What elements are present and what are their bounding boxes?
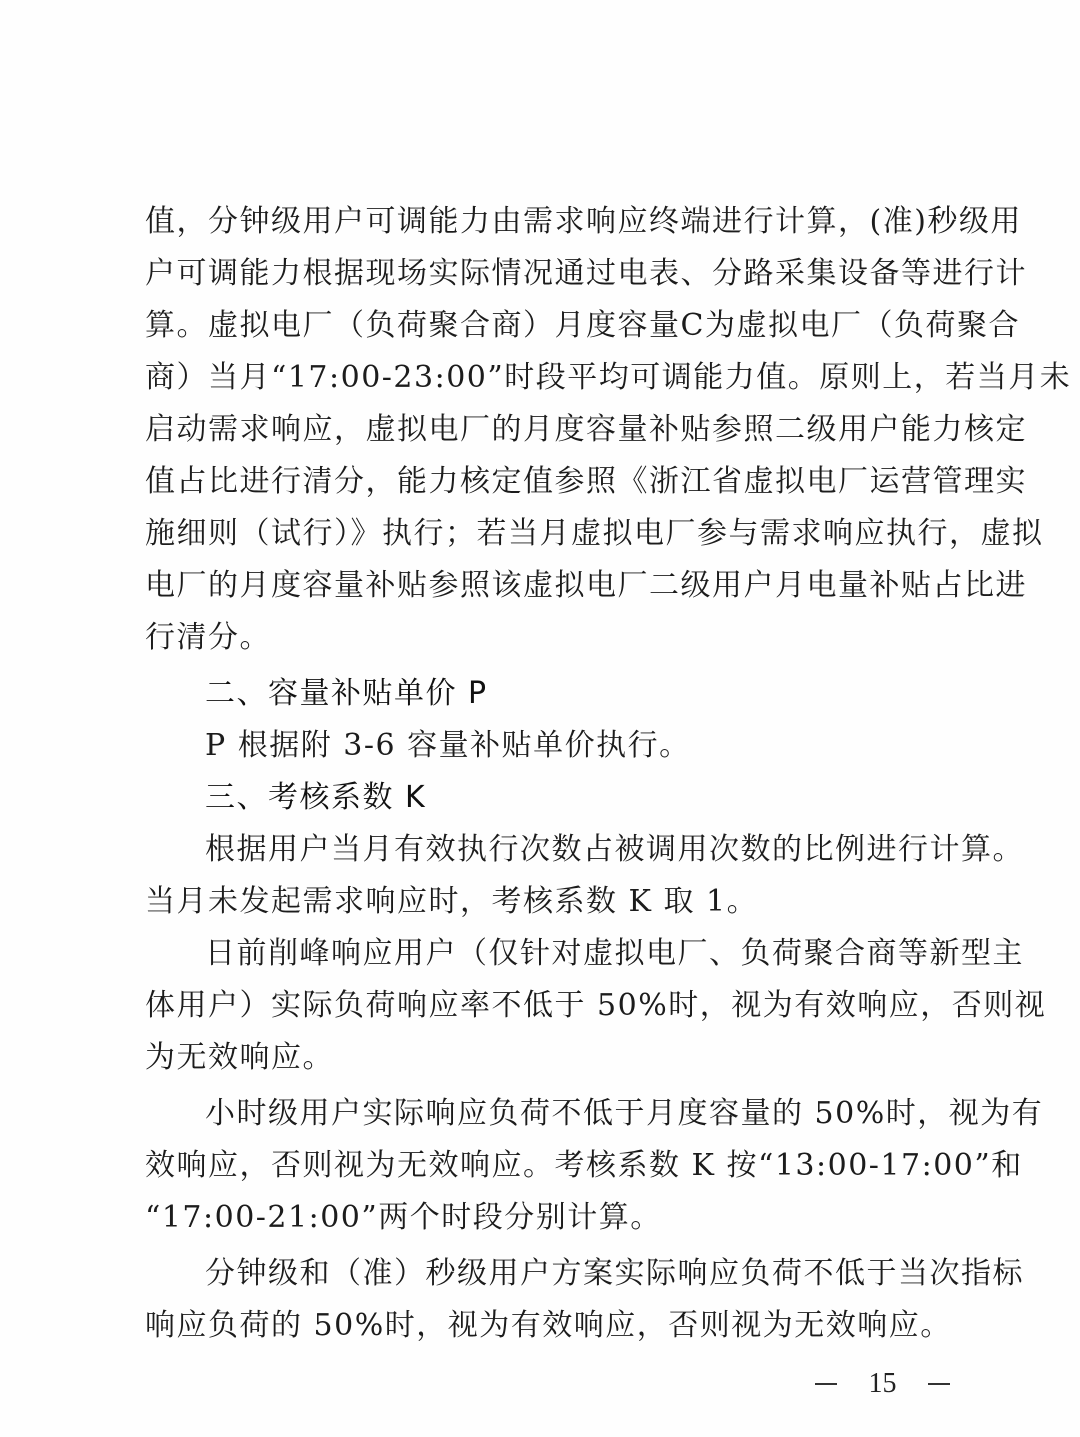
page-number: 15 [815,1366,950,1402]
body-line: 算。虚拟电厂（负荷聚合商）月度容量C为虚拟电厂（负荷聚合 [145,306,950,346]
body-line: 行清分。 [145,618,950,658]
body-line: 施细则（试行）》执行；若当月虚拟电厂参与需求响应执行，虚拟 [145,514,950,554]
page-number-dash-right [928,1383,950,1385]
section-heading-capacity-subsidy-price: 二、容量补贴单价 P [205,674,950,714]
body-line: 启动需求响应，虚拟电厂的月度容量补贴参照二级用户能力核定 [145,410,950,450]
page-number-dash-left [815,1383,837,1385]
body-line: 日前削峰响应用户（仅针对虚拟电厂、负荷聚合商等新型主 [205,934,950,974]
body-line: 分钟级和（准）秒级用户方案实际响应负荷不低于当次指标 [205,1254,950,1294]
body-line: 小时级用户实际响应负荷不低于月度容量的 50%时，视为有 [205,1094,950,1134]
body-line: 响应负荷的 50%时，视为有效响应，否则视为无效响应。 [145,1306,950,1346]
body-line: 值占比进行清分，能力核定值参照《浙江省虚拟电厂运营管理实 [145,462,950,502]
body-line: 电厂的月度容量补贴参照该虚拟电厂二级用户月电量补贴占比进 [145,566,950,606]
body-line: 为无效响应。 [145,1038,950,1078]
body-line: P 根据附 3-6 容量补贴单价执行。 [205,726,950,766]
body-line: “17:00-21:00”两个时段分别计算。 [145,1198,950,1238]
page-number-value: 15 [869,1366,897,1402]
document-page: 值，分钟级用户可调能力由需求响应终端进行计算，(准)秒级用 户可调能力根据现场实… [0,0,1080,1437]
body-line: 效响应，否则视为无效响应。考核系数 K 按“13:00-17:00”和 [145,1146,950,1186]
body-line: 当月未发起需求响应时，考核系数 K 取 1。 [145,882,950,922]
body-line: 根据用户当月有效执行次数占被调用次数的比例进行计算。 [205,830,950,870]
body-line: 值，分钟级用户可调能力由需求响应终端进行计算，(准)秒级用 [145,202,950,242]
body-line: 户可调能力根据现场实际情况通过电表、分路采集设备等进行计 [145,254,950,294]
section-heading-assessment-coefficient: 三、考核系数 K [205,778,950,818]
body-line: 商）当月“17:00-23:00”时段平均可调能力值。原则上，若当月未 [145,358,950,398]
body-line: 体用户）实际负荷响应率不低于 50%时，视为有效响应，否则视 [145,986,950,1026]
